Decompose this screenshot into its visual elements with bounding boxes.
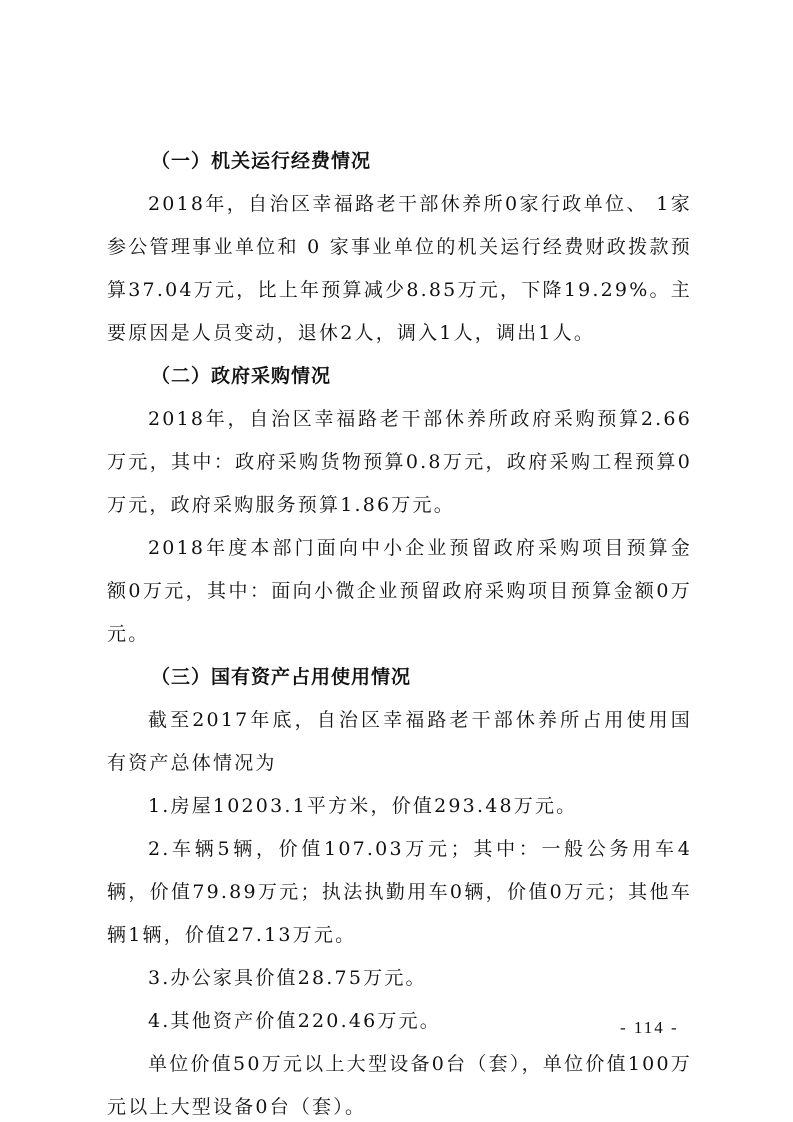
paragraph: 1.房屋10203.1平方米，价值293.48万元。 <box>107 785 692 828</box>
paragraph: 2.车辆5辆，价值107.03万元；其中：一般公务用车4辆，价值79.89万元；… <box>107 828 692 957</box>
paragraph: 4.其他资产价值220.46万元。 <box>107 1000 692 1043</box>
section-heading-1: （一）机关运行经费情况 <box>107 140 692 183</box>
paragraph: 3.办公家具价值28.75万元。 <box>107 957 692 1000</box>
paragraph: 单位价值50万元以上大型设备0台（套），单位价值100万元以上大型设备0台（套）… <box>107 1043 692 1122</box>
paragraph: 截至2017年底，自治区幸福路老干部休养所占用使用国有资产总体情况为 <box>107 699 692 785</box>
section-heading-3: （三）国有资产占用使用情况 <box>107 656 692 699</box>
document-page: （一）机关运行经费情况 2018年，自治区幸福路老干部休养所0家行政单位、 1家… <box>107 140 692 1122</box>
section-heading-2: （二）政府采购情况 <box>107 355 692 398</box>
page-number: - 114 - <box>620 1018 679 1038</box>
paragraph: 2018年，自治区幸福路老干部休养所0家行政单位、 1家参公管理事业单位和 0 … <box>107 183 692 355</box>
paragraph: 2018年度本部门面向中小企业预留政府采购项目预算金额0万元，其中：面向小微企业… <box>107 527 692 656</box>
paragraph: 2018年，自治区幸福路老干部休养所政府采购预算2.66万元，其中：政府采购货物… <box>107 398 692 527</box>
